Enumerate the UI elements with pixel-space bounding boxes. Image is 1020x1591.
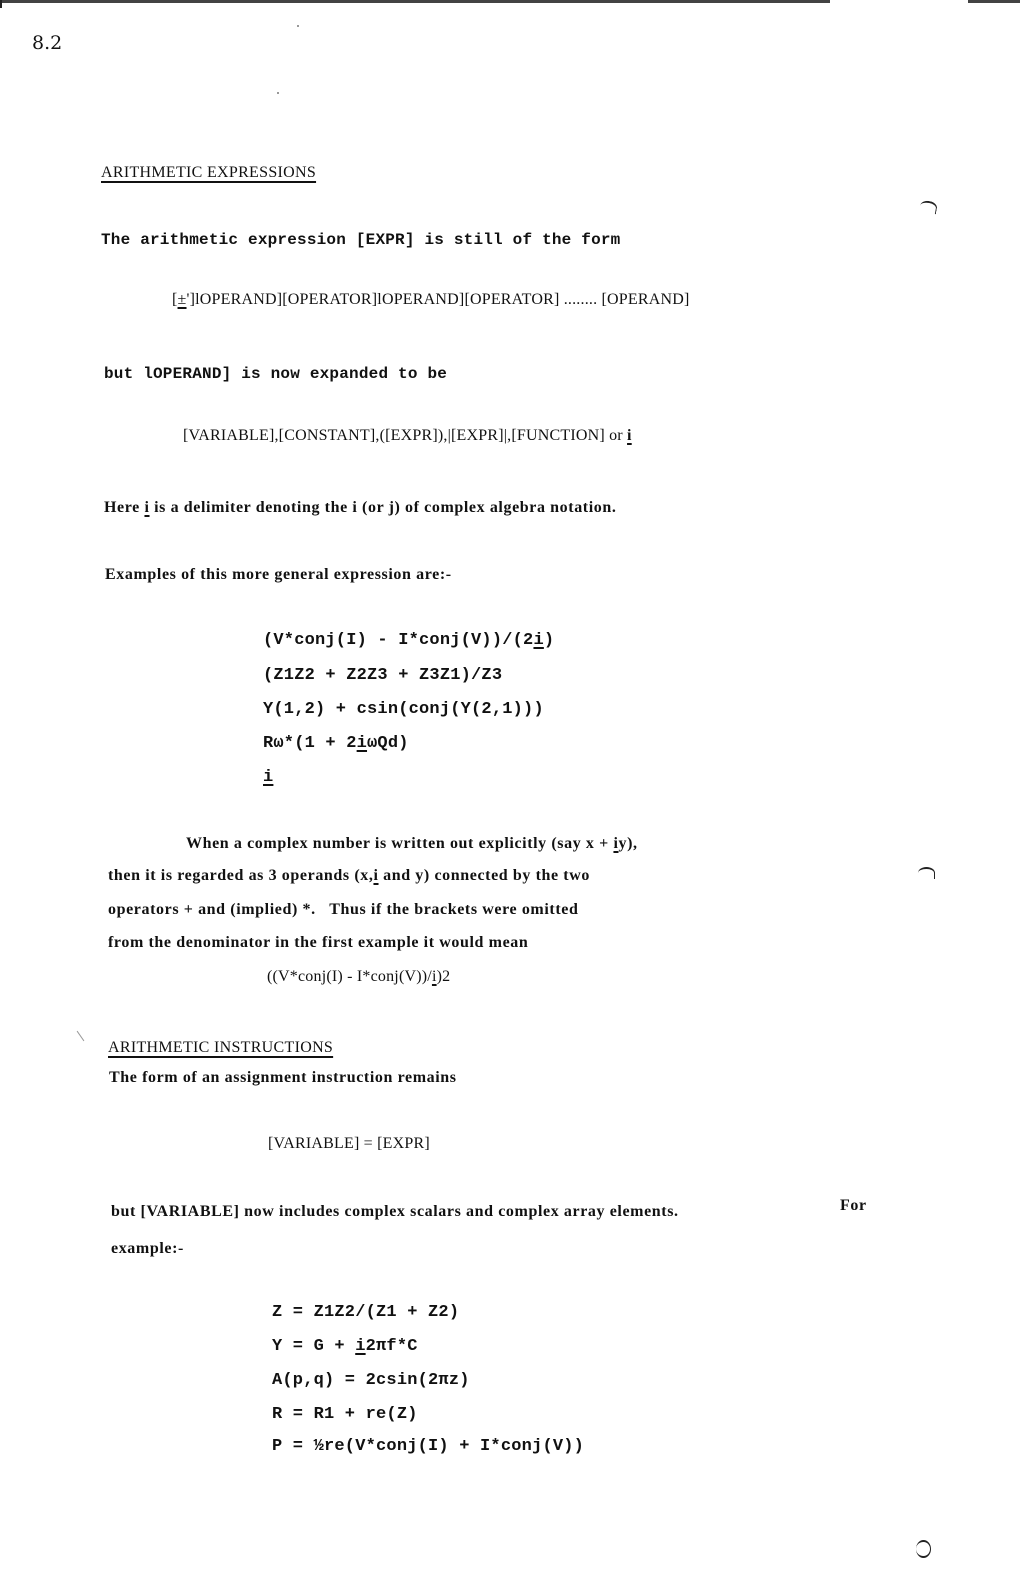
example-text: A(p,q) = 2csin(2πz) <box>272 1371 470 1390</box>
paragraph-line: then it is regarded as 3 operands (x,i a… <box>108 868 590 884</box>
scan-edge-line <box>0 0 830 3</box>
margin-punch-mark <box>916 1540 931 1558</box>
example-text: Y = G + <box>272 1337 355 1356</box>
operand-list-text: [VARIABLE],[CONSTANT],([EXPR]),|[EXPR]|,… <box>183 427 627 444</box>
operand-list-formula: [VARIABLE],[CONSTANT],([EXPR]),|[EXPR]|,… <box>183 428 632 444</box>
delimiter-text-post: is a delimiter denoting the i (or j) of … <box>150 499 617 516</box>
example-text: (V*conj(I) - I*conj(V))/(2 <box>263 631 533 650</box>
example-text: P = ½re(V*conj(I) + I*conj(V)) <box>272 1437 584 1456</box>
expr-form-formula: [±']lOPERAND][OPERATOR]lOPERAND][OPERATO… <box>172 292 690 308</box>
delimiter-text-pre: Here <box>104 499 144 516</box>
assignment-example: Y = G + i2πf*C <box>272 1338 418 1355</box>
paragraph-line: from the denominator in the first exampl… <box>108 935 528 951</box>
section-heading-arithmetic-expressions: ARITHMETIC EXPRESSIONS <box>101 165 316 181</box>
formula-text: ((V*conj(I) - I*conj(V))/ <box>267 968 432 985</box>
examples-intro-text: Examples of this more general expression… <box>105 567 452 583</box>
variable-description: but [VARIABLE] now includes complex scal… <box>111 1204 679 1220</box>
expression-example: (Z1Z2 + Z2Z3 + Z3Z1)/Z3 <box>263 667 502 684</box>
scan-speck <box>77 1031 85 1041</box>
formula-text: )2 <box>437 968 451 985</box>
page-number: 8.2 <box>32 34 62 53</box>
paragraph-line: operators + and (implied) *. Thus if the… <box>108 902 578 918</box>
example-text: Y(1,2) + csin(conj(Y(2,1))) <box>263 700 544 719</box>
delimiter-description: Here i is a delimiter denoting the i (or… <box>104 500 616 516</box>
scan-edge-tick <box>0 0 2 8</box>
operand-intro-text: but lOPERAND] is now expanded to be <box>104 366 447 382</box>
paragraph-text: then it is regarded as 3 operands (x, <box>108 867 373 884</box>
form-rest: ']lOPERAND][OPERATOR]lOPERAND][OPERATOR]… <box>187 291 690 308</box>
scan-speck <box>297 25 299 27</box>
example-text: ) <box>544 631 554 650</box>
complex-i-symbol: i <box>263 768 273 787</box>
expression-example: Rω*(1 + 2iωQd) <box>263 735 409 752</box>
expression-example: (V*conj(I) - I*conj(V))/(2i) <box>263 632 554 649</box>
paragraph-text: and y) connected by the two <box>379 867 590 884</box>
scan-speck <box>277 92 279 94</box>
assignment-intro-text: The form of an assignment instruction re… <box>109 1070 457 1086</box>
paragraph-line: When a complex number is written out exp… <box>186 836 638 852</box>
variable-description-for: For <box>840 1198 867 1214</box>
expression-example: Y(1,2) + csin(conj(Y(2,1))) <box>263 701 544 718</box>
assignment-example: A(p,q) = 2csin(2πz) <box>272 1372 470 1389</box>
complex-i-symbol: i <box>355 1337 365 1356</box>
example-text: 2πf*C <box>366 1337 418 1356</box>
assignment-example: R = R1 + re(Z) <box>272 1406 418 1423</box>
example-text: Z = Z1Z2/(Z1 + Z2) <box>272 1303 459 1322</box>
plus-minus-sign: ± <box>178 291 187 308</box>
assignment-form-formula: [VARIABLE] = [EXPR] <box>268 1136 430 1152</box>
section-heading-arithmetic-instructions: ARITHMETIC INSTRUCTIONS <box>108 1040 333 1056</box>
paragraph-text: When a complex number is written out exp… <box>186 835 613 852</box>
expr-intro-text: The arithmetic expression [EXPR] is stil… <box>101 232 620 248</box>
assignment-example: P = ½re(V*conj(I) + I*conj(V)) <box>272 1438 584 1455</box>
complex-i-symbol: i <box>357 734 367 753</box>
paragraph-text: y), <box>619 835 638 852</box>
margin-punch-mark <box>919 200 938 215</box>
omitted-brackets-formula: ((V*conj(I) - I*conj(V))/i)2 <box>267 969 450 985</box>
example-text: R = R1 + re(Z) <box>272 1405 418 1424</box>
example-text: Rω*(1 + 2 <box>263 734 357 753</box>
complex-i-symbol: i <box>533 631 543 650</box>
complex-i-symbol: i <box>627 427 632 444</box>
scan-edge-line-right <box>968 0 1020 3</box>
expression-example: i <box>263 769 273 786</box>
example-text: (Z1Z2 + Z2Z3 + Z3Z1)/Z3 <box>263 666 502 685</box>
assignment-example: Z = Z1Z2/(Z1 + Z2) <box>272 1304 459 1321</box>
margin-punch-mark <box>918 867 935 879</box>
example-label: example:- <box>111 1241 184 1257</box>
example-text: ωQd) <box>367 734 409 753</box>
